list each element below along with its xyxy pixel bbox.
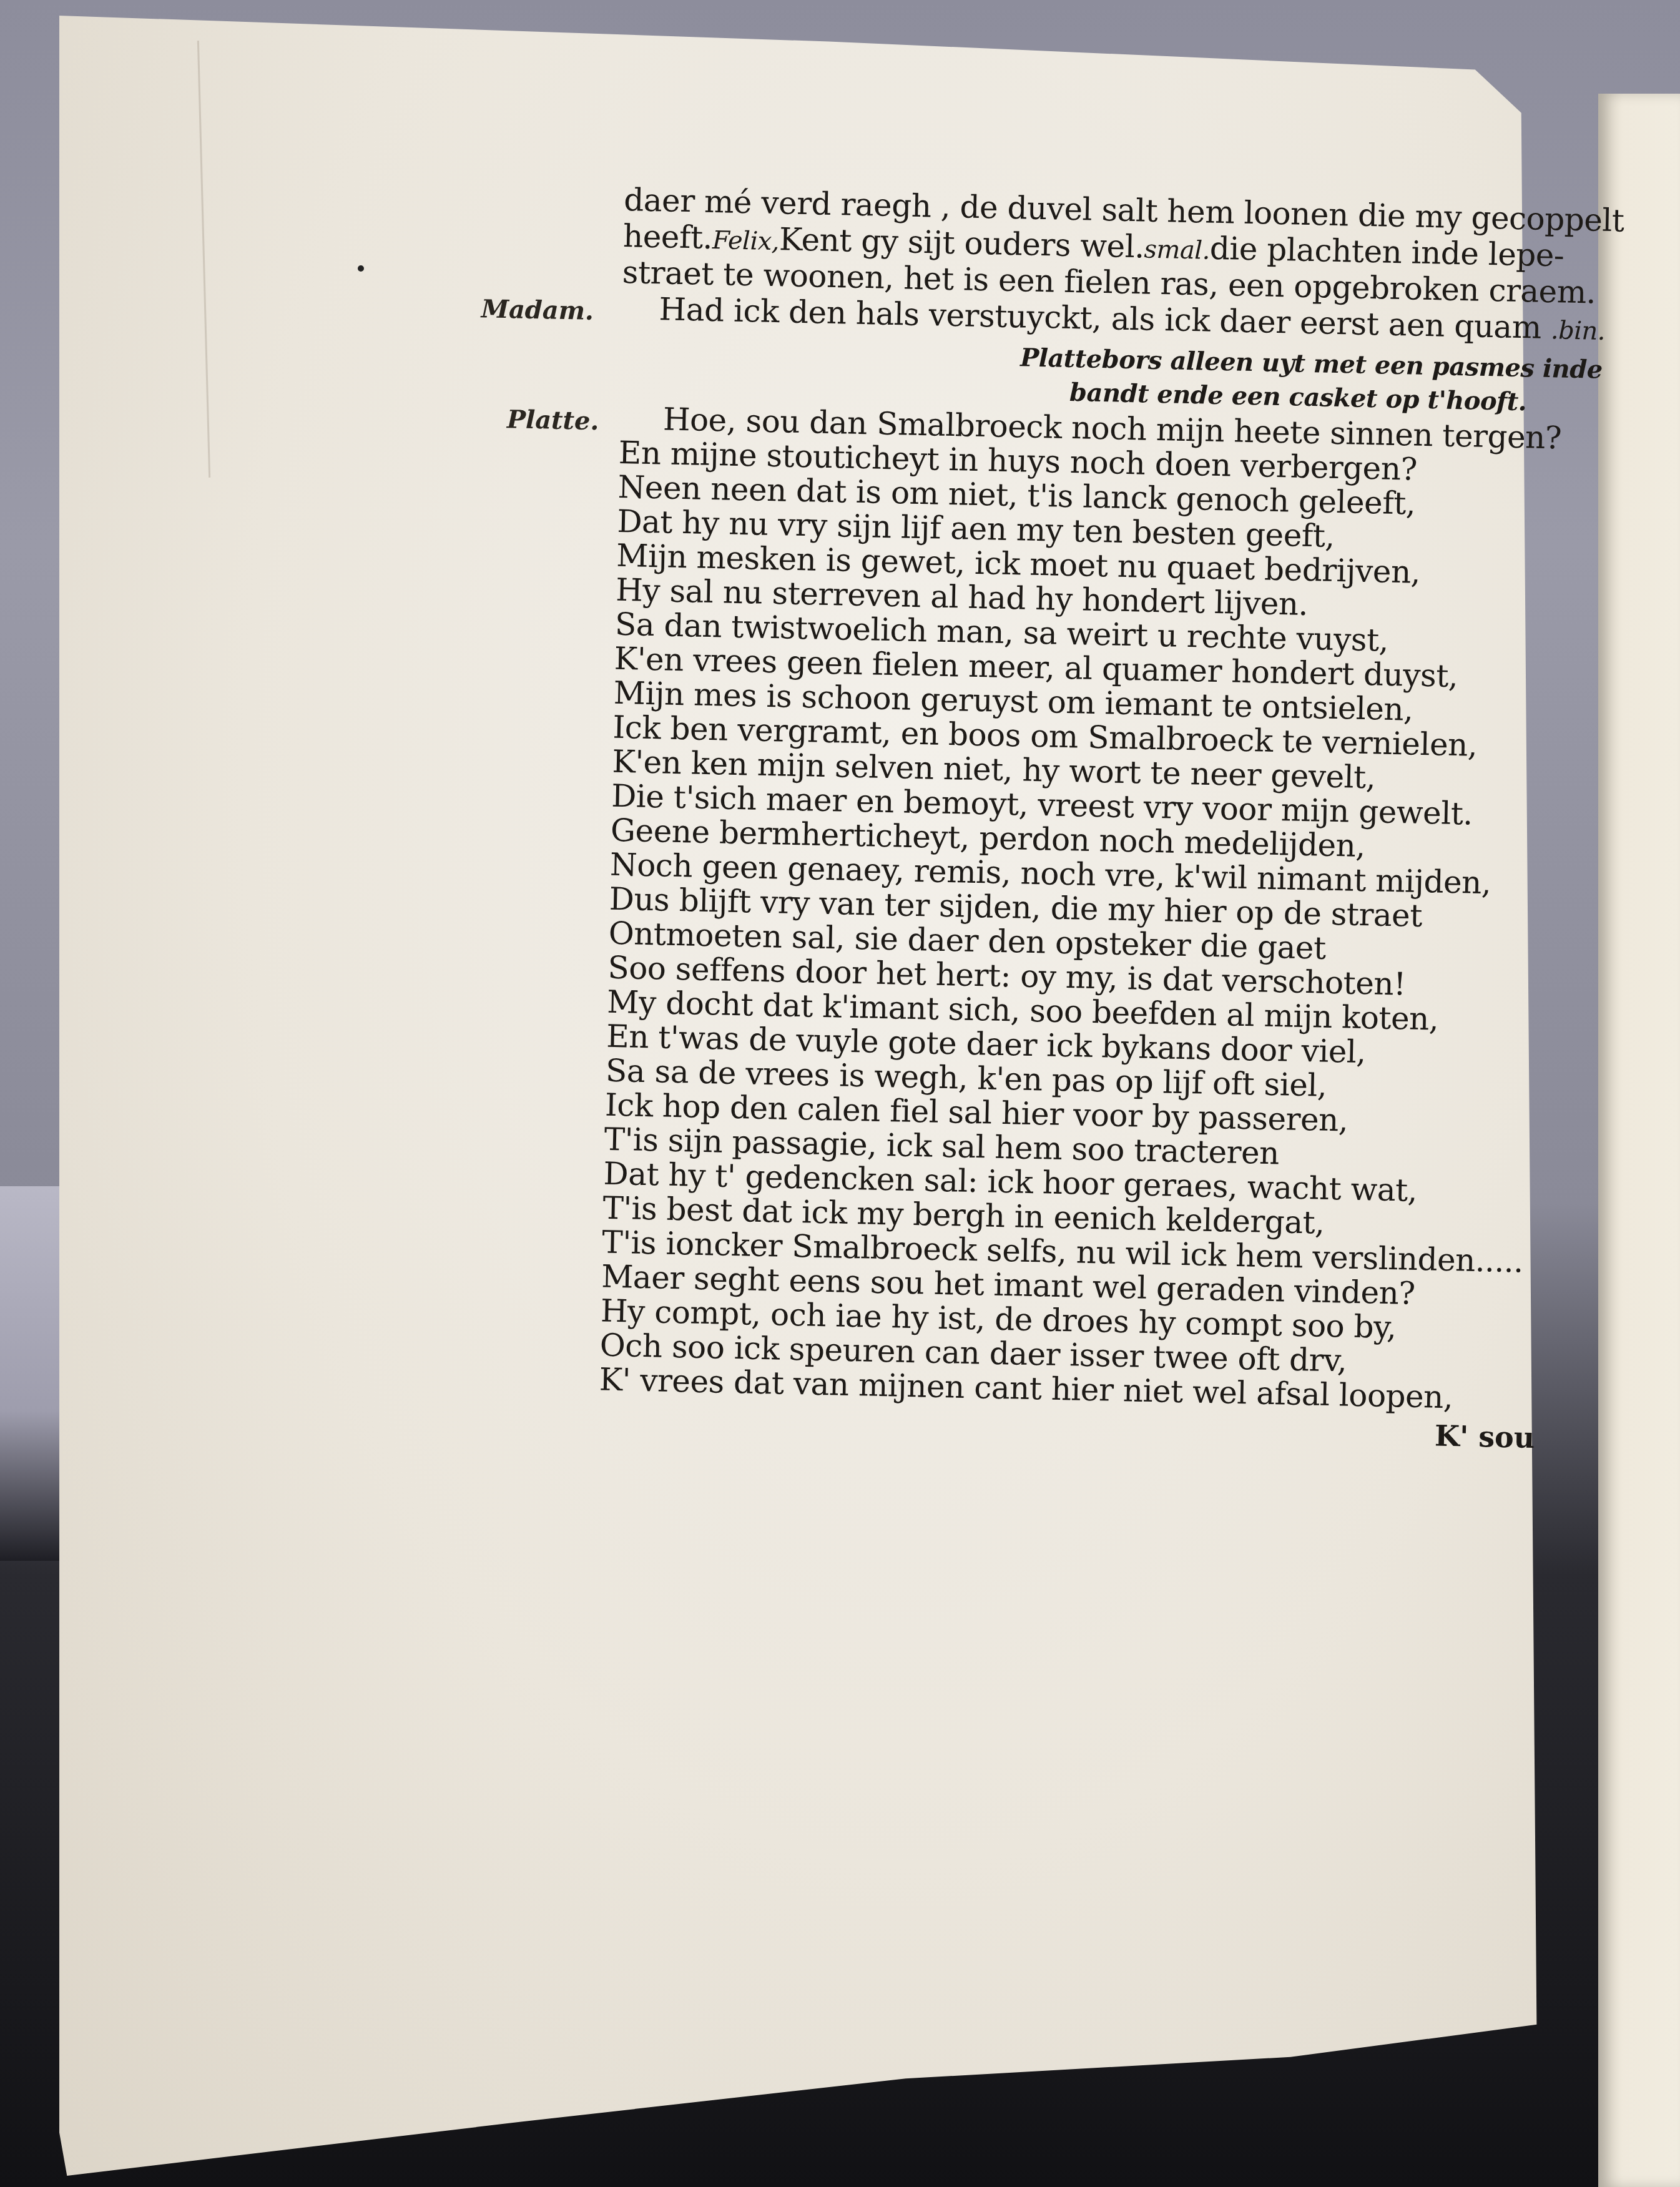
ink-speck xyxy=(358,265,364,272)
inline-speaker-felix: Felix, xyxy=(712,226,779,256)
paper-crease xyxy=(197,41,210,478)
facing-page-edge xyxy=(1598,94,1680,2187)
inline-speaker-smal: smal. xyxy=(1144,235,1210,265)
prose-text: heeft. xyxy=(623,218,713,256)
catchword: K' sou xyxy=(1435,1419,1535,1455)
stage-note: .bin. xyxy=(1551,316,1606,346)
speaker-label-madam: Madam. xyxy=(481,294,594,326)
speaker-label-platte: Platte. xyxy=(506,405,599,436)
